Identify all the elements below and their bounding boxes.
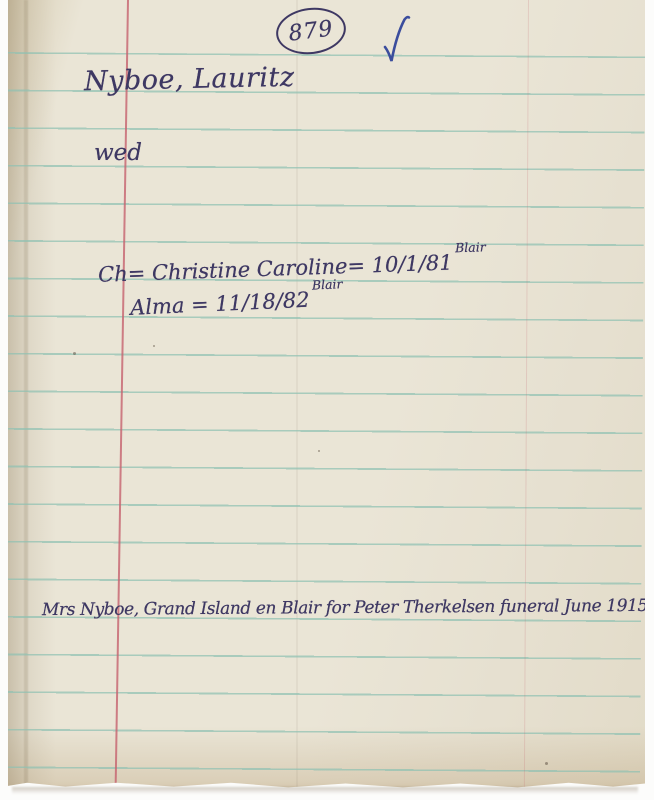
- circled-page-number: 879: [273, 4, 348, 58]
- dust-speck: [545, 762, 548, 765]
- checkmark-icon: [380, 14, 414, 66]
- page-bottom-shadow: [12, 787, 638, 794]
- surname-entry: Nyboe, Lauritz: [84, 62, 295, 97]
- scanned-ledger-page: 879 Nyboe, Lauritz wed Ch= Christine Car…: [0, 0, 654, 800]
- dust-speck: [318, 450, 320, 452]
- wed-label: wed: [94, 140, 142, 166]
- child-entry-2-place: Blair: [312, 276, 343, 292]
- page-number-text: 879: [287, 16, 335, 46]
- paper-sheet: 879 Nyboe, Lauritz wed Ch= Christine Car…: [8, 0, 645, 789]
- child-entry-1-place: Blair: [455, 239, 486, 255]
- dust-speck: [153, 345, 155, 347]
- dust-speck: [73, 352, 76, 355]
- funeral-note: Mrs Nyboe, Grand Island en Blair for Pet…: [42, 596, 648, 620]
